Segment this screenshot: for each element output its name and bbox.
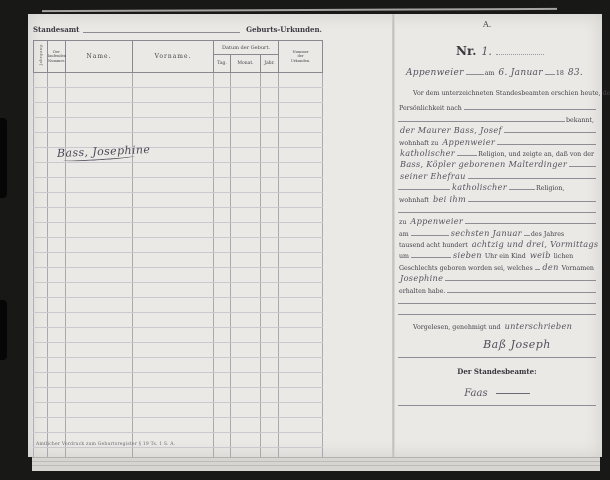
index-row <box>34 163 323 178</box>
printed-text: Religion, <box>536 185 564 192</box>
blank-rule <box>464 101 596 110</box>
am-printed: am <box>485 70 495 77</box>
printed-text: Uhr ein Kind <box>485 253 526 260</box>
index-row <box>34 268 323 283</box>
index-row <box>34 208 323 223</box>
form-line: amsechsten Januardes Jahres <box>398 227 596 238</box>
index-row <box>34 403 323 418</box>
blank-rule <box>504 124 596 133</box>
form-line: zuAppenweier <box>398 215 596 226</box>
index-row <box>34 358 323 373</box>
printed-text: Geschlechts geboren worden sei, welches <box>399 265 533 272</box>
index-row <box>34 283 323 298</box>
index-row <box>34 313 323 328</box>
signature-rule <box>398 355 596 358</box>
blank-rule <box>535 261 541 270</box>
index-row <box>34 223 323 238</box>
blank-rule <box>465 215 596 224</box>
column-year-vertical: Jahrgang. <box>34 41 48 73</box>
blank-rule <box>457 147 477 156</box>
printed-text: Religion, und zeigte an, daß von der <box>478 151 594 158</box>
form-line: bekannt, <box>398 113 596 124</box>
printed-text: um <box>399 253 409 260</box>
index-row <box>34 103 323 118</box>
blank-rule <box>497 136 596 145</box>
index-row <box>34 193 323 208</box>
blank-rule <box>398 295 596 304</box>
printed-text: Vor dem unterzeichneten Standesbeamten e… <box>413 90 610 97</box>
form-line: katholischerReligion, und zeigte an, daß… <box>398 147 596 158</box>
blank-rule <box>398 181 450 190</box>
binding-edge-mark <box>0 118 7 198</box>
nr-fill-line <box>496 54 544 55</box>
form-line: wohnhaft zuAppenweier <box>398 136 596 147</box>
printed-text: wohnhaft <box>399 197 429 204</box>
handwritten-text: weib <box>530 250 551 260</box>
form-line: katholischerReligion, <box>398 181 596 192</box>
blank-rule <box>398 113 565 122</box>
column-name: Name. <box>66 41 133 73</box>
scanned-register-photo: Standesamt Geburts-Urkunden. Jahrgang. D… <box>0 0 610 480</box>
printed-text: tausend acht hundert <box>399 242 468 249</box>
index-row <box>34 388 323 403</box>
unterschrieben-handwritten: unterschrieben <box>505 321 573 331</box>
handwritten-text: der Maurer Bass, Josef <box>400 125 502 135</box>
printed-text: lichen <box>554 253 573 260</box>
standesamt-fill-line <box>83 32 240 33</box>
handwritten-text: seiner Ehefrau <box>400 171 466 181</box>
index-row <box>34 373 323 388</box>
column-group-birthdate: Datum der Geburt. <box>214 41 279 55</box>
binding-edge-mark <box>0 300 7 360</box>
blank-rule <box>411 227 449 236</box>
blank-rule <box>411 249 451 258</box>
place-handwritten: Appenweier <box>406 68 464 78</box>
printed-text: wohnhaft zu <box>399 140 438 147</box>
year-century-printed: 18 <box>556 70 564 77</box>
handwritten-text: achtzig und drei, Vormittags <box>472 239 599 249</box>
form-line: Persönlichkeit nach <box>398 101 596 112</box>
birth-index-table: Jahrgang. Der laufenden Nummer. Name. Vo… <box>33 40 323 463</box>
index-row <box>34 343 323 358</box>
index-row <box>34 298 323 313</box>
printed-text: des Jahres <box>531 231 564 238</box>
blank-rule <box>468 193 596 202</box>
signature-flourish <box>496 393 530 394</box>
column-tag: Tag. <box>214 55 231 73</box>
blank-rule <box>447 284 596 293</box>
declarant-signature: Baß Joseph <box>483 338 551 351</box>
form-line <box>398 306 596 317</box>
handwritten-text: bei ihm <box>433 194 466 204</box>
printed-text: bekannt, <box>566 117 594 124</box>
handwritten-text: Appenweier <box>442 137 495 147</box>
nr-label: Nr. <box>456 44 476 58</box>
column-running-number: Der laufenden Nummer. <box>48 41 66 73</box>
page-edge-highlight <box>42 8 557 12</box>
printed-text: Vornamen <box>562 265 594 272</box>
blank-rule <box>398 306 596 315</box>
index-table-body <box>34 73 323 463</box>
registrar-signature: Faas <box>464 388 487 399</box>
form-line: Vor dem unterzeichneten Standesbeamten e… <box>398 90 596 101</box>
form-line <box>398 295 596 306</box>
closing-block: Vorgelesen, genehmigt und unterschrieben… <box>398 321 596 406</box>
standesamt-label: Standesamt <box>33 25 79 34</box>
handwritten-text: sechsten Januar <box>451 228 522 238</box>
index-table-header: Jahrgang. Der laufenden Nummer. Name. Vo… <box>34 41 323 73</box>
dateline-fill <box>466 65 484 75</box>
page-edge-line <box>32 462 600 466</box>
signature-rule <box>398 403 596 406</box>
printed-text: Persönlichkeit nach <box>399 105 462 112</box>
blank-rule <box>398 204 596 213</box>
column-vorname: Vorname. <box>133 41 214 73</box>
year-handwritten: 83. <box>568 68 583 78</box>
index-row <box>34 88 323 103</box>
declarant-signature-row: Baß Joseph <box>438 333 596 352</box>
registrar-label: Der Standesbeamte: <box>398 367 596 376</box>
date-handwritten: 6. Januar <box>498 68 542 78</box>
left-page-header: Standesamt Geburts-Urkunden. <box>33 25 322 34</box>
printed-text: am <box>399 231 409 238</box>
handwritten-text: katholischer <box>400 148 455 158</box>
underlying-pages-edge <box>32 457 600 471</box>
form-line <box>398 204 596 215</box>
form-line: seiner Ehefrau <box>398 170 596 181</box>
printed-text: zu <box>399 219 406 226</box>
approval-line: Vorgelesen, genehmigt und unterschrieben <box>398 321 596 332</box>
form-line: Geschlechts geboren worden sei, welchesd… <box>398 261 596 272</box>
form-line: Bass, Köpler geborenen Malterdinger <box>398 158 596 169</box>
blank-rule <box>524 227 530 236</box>
index-row <box>34 178 323 193</box>
form-line: der Maurer Bass, Josef <box>398 124 596 135</box>
index-row <box>34 328 323 343</box>
open-register-spread: Standesamt Geburts-Urkunden. Jahrgang. D… <box>28 14 602 457</box>
blank-rule <box>509 181 535 190</box>
registrar-signature-row: Faas <box>398 381 596 400</box>
form-body: Vor dem unterzeichneten Standesbeamten e… <box>398 90 596 318</box>
index-row <box>34 253 323 268</box>
handwritten-text: katholischer <box>452 182 507 192</box>
page-gutter <box>392 14 395 457</box>
record-number-line: Nr. 1. <box>456 44 596 58</box>
handwritten-text: Bass, Köpler geborenen Malterdinger <box>400 159 567 169</box>
column-monat: Monat. <box>231 55 261 73</box>
blank-rule <box>569 158 596 167</box>
blank-rule <box>468 170 596 179</box>
birth-record-form: Nr. 1. Appenweier am 6. Januar 18 83. Vo… <box>398 20 596 406</box>
column-certificate-number: Nummer der Urkunden. <box>279 41 323 73</box>
index-row <box>34 418 323 433</box>
place-date-line: Appenweier am 6. Januar 18 83. <box>404 65 596 78</box>
printer-imprint: Amtlicher Vordruck zum Geburtsregister §… <box>36 442 175 447</box>
handwritten-text: sieben <box>453 250 482 260</box>
dateline-fill <box>545 65 555 75</box>
form-line: erhalten habe. <box>398 284 596 295</box>
handwritten-text: Appenweier <box>410 216 463 226</box>
column-jahr: Jahr. <box>261 55 279 73</box>
blank-rule <box>445 272 596 281</box>
vorgelesen-printed: Vorgelesen, genehmigt und <box>413 324 501 331</box>
form-line: Josephine <box>398 272 596 283</box>
handwritten-text: den <box>542 262 558 272</box>
index-row <box>34 118 323 133</box>
form-line: umsiebenUhr ein Kindweiblichen <box>398 249 596 260</box>
geburtsurkunden-label: Geburts-Urkunden. <box>246 25 322 34</box>
form-line: wohnhaftbei ihm <box>398 193 596 204</box>
form-line: tausend acht hundertachtzig und drei, Vo… <box>398 238 596 249</box>
handwritten-text: Josephine <box>400 273 443 283</box>
index-row <box>34 73 323 88</box>
printed-text: erhalten habe. <box>399 288 445 295</box>
index-row <box>34 238 323 253</box>
nr-value: 1. <box>481 45 492 58</box>
